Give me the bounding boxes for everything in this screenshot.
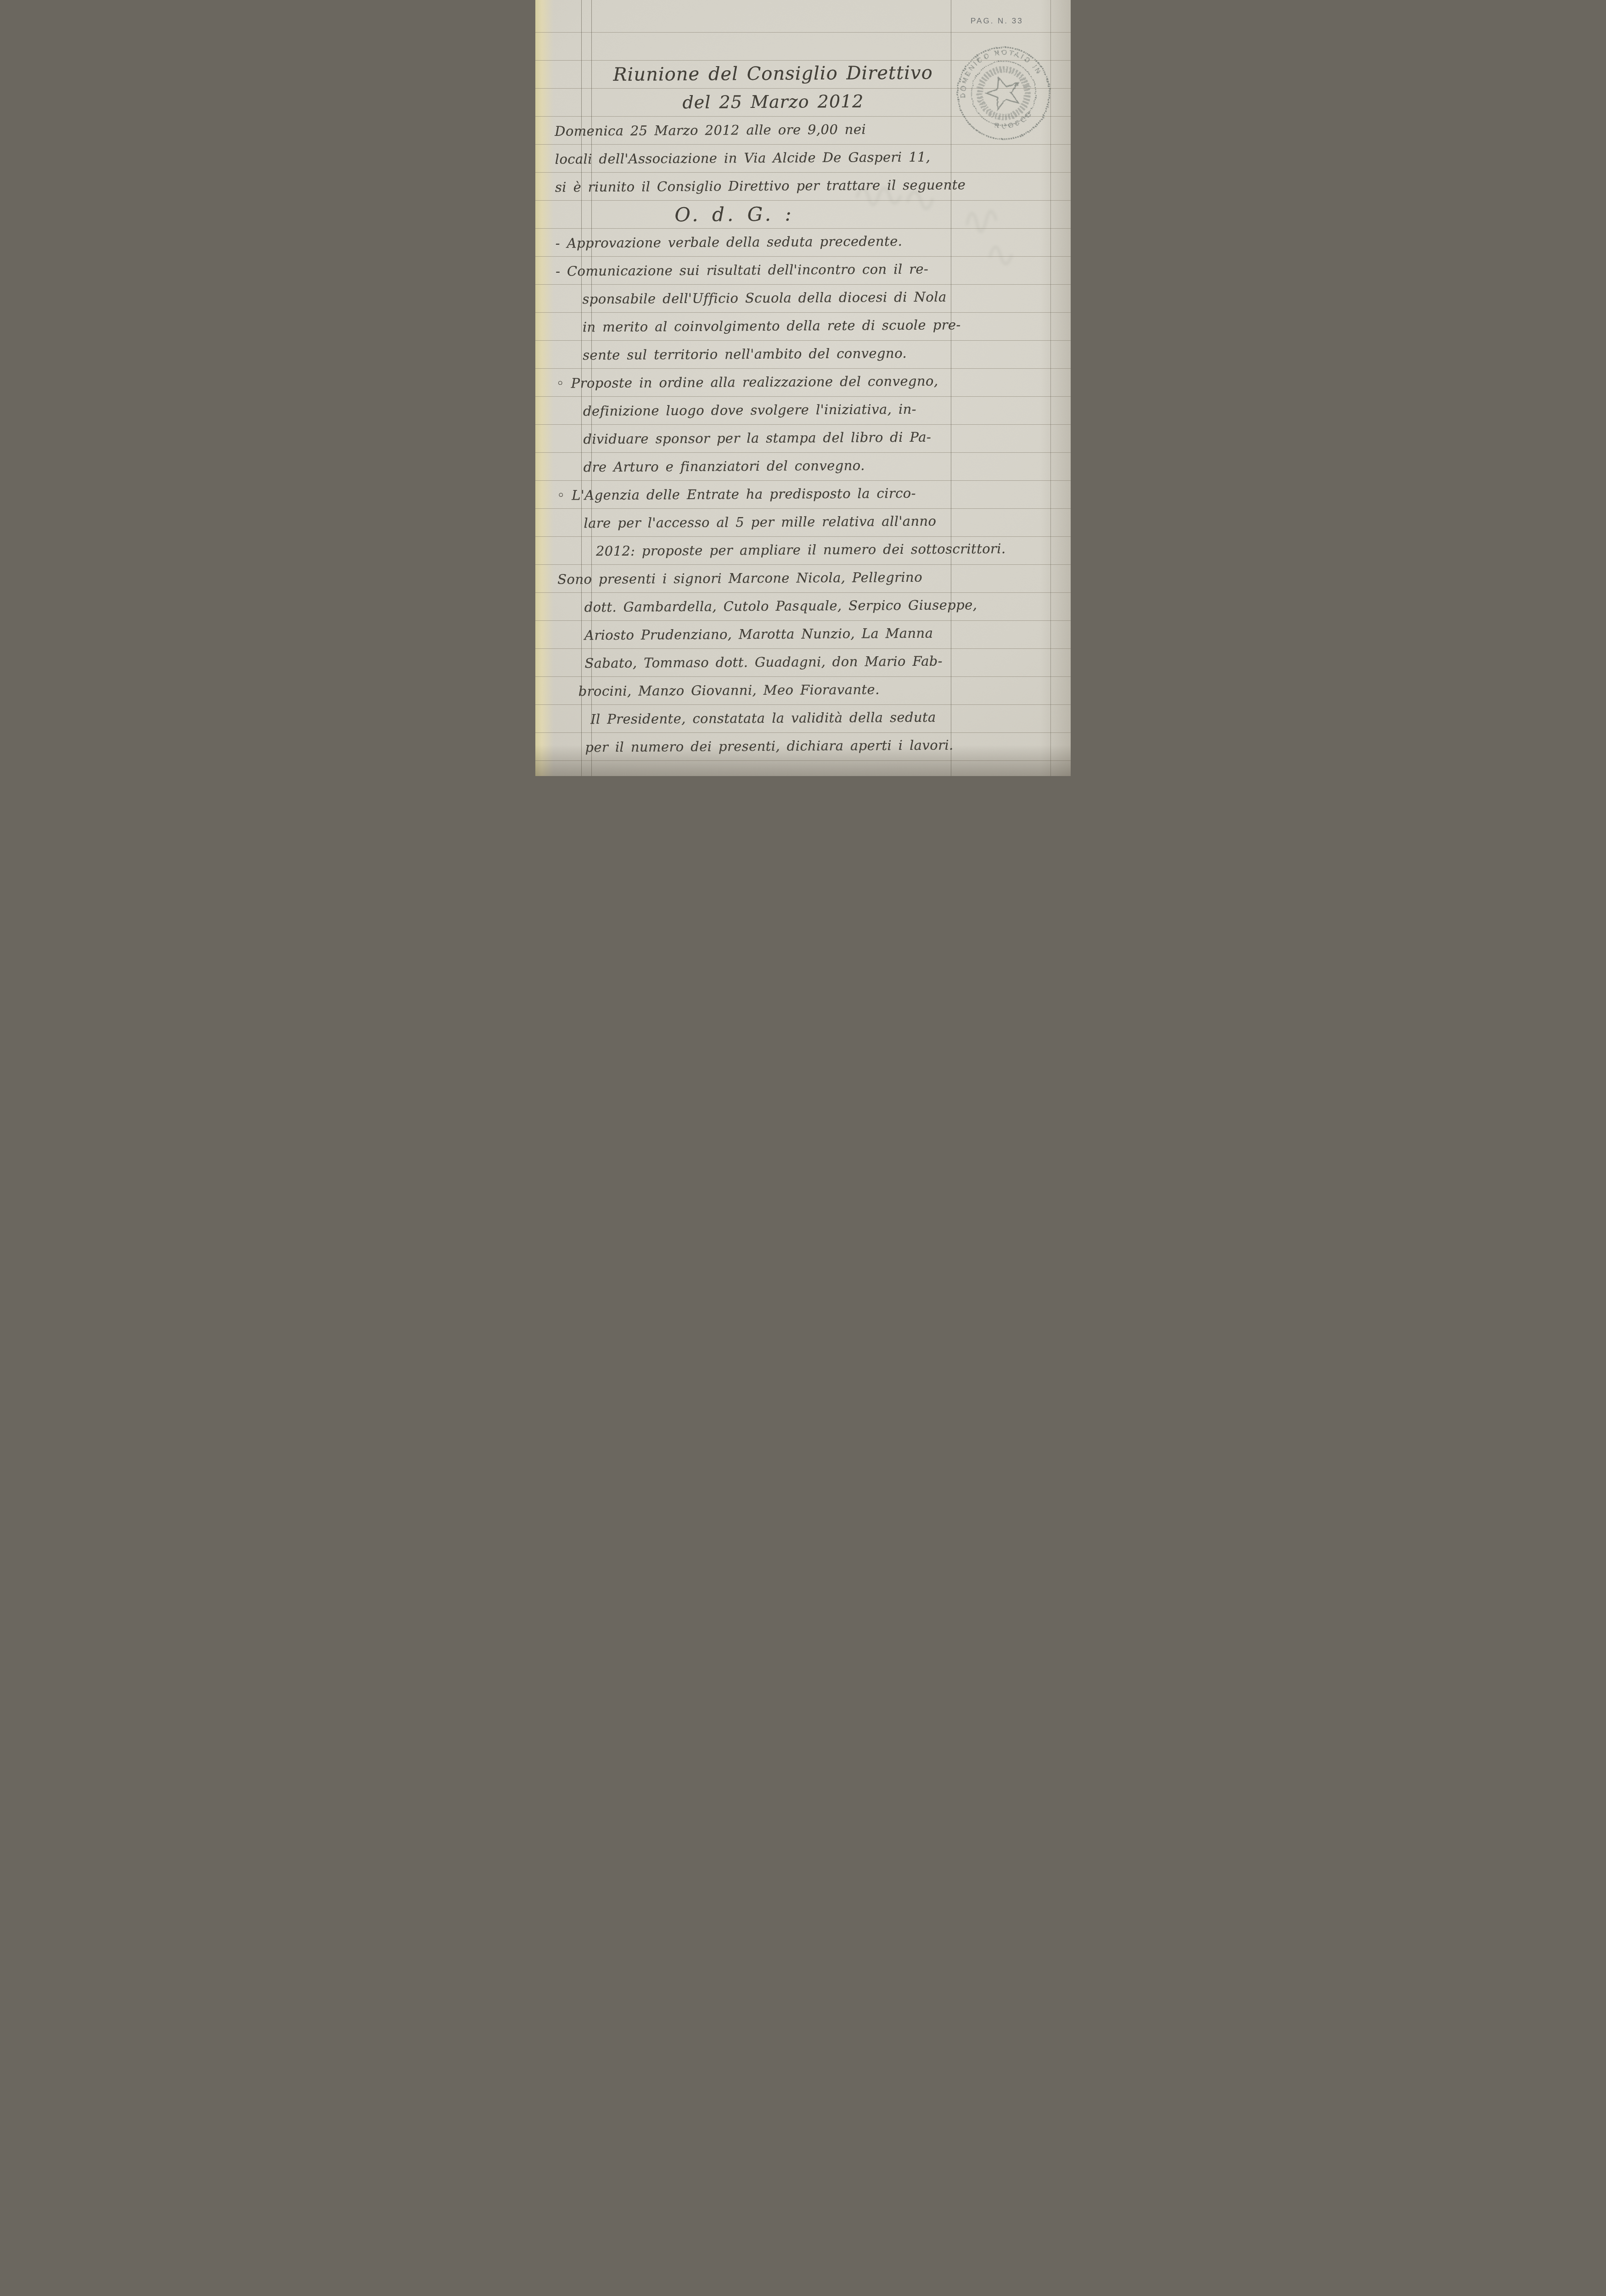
agenda-item-3-line-3: dividuare sponsor per la stampa del libr…	[556, 423, 951, 453]
agenda-item-2-line-1: - Comunicazione sui risultati dell'incon…	[556, 255, 950, 285]
agenda-heading: O. d. G. :	[537, 199, 932, 230]
title-line-2: del 25 Marzo 2012	[576, 87, 971, 117]
intro-line-2: locali dell'Associazione in Via Alcide D…	[555, 143, 949, 173]
agenda-item-4-line-1: ◦ L'Agenzia delle Entrate ha predisposto…	[557, 479, 952, 509]
attendees-line-1: Sono presenti i signori Marcone Nicola, …	[557, 563, 952, 593]
intro-line-1: Domenica 25 Marzo 2012 alle ore 9,00 nei	[555, 115, 949, 145]
agenda-item-2-line-2: sponsabile dell'Ufficio Scuola della dio…	[556, 283, 950, 313]
closing-line-2: per il numero dei presenti, dichiara ape…	[558, 731, 953, 761]
title-line-1: Riunione del Consiglio Direttivo	[575, 59, 970, 89]
notebook-page: PAG. N. 33 DOMENICO NOTAIO IN RUOCCO	[535, 0, 1071, 776]
page-number-label: PAG. N. 33	[971, 17, 1023, 26]
agenda-item-2-line-3: in merito al coinvolgimento della rete d…	[556, 311, 951, 341]
agenda-item-4-line-2: lare per l'accesso al 5 per mille relati…	[557, 507, 952, 537]
handwritten-text-block: Riunione del Consiglio Direttivo del 25 …	[554, 59, 953, 761]
agenda-item-3-line-1: ◦ Proposte in ordine alla realizzazione …	[556, 367, 951, 397]
closing-line-1: Il Presidente, constatata la validità de…	[558, 703, 953, 733]
agenda-item-3-line-2: definizione luogo dove svolgere l'inizia…	[556, 395, 951, 425]
attendees-line-4: Sabato, Tommaso dott. Guadagni, don Mari…	[558, 647, 953, 677]
intro-line-3: si è riunito il Consiglio Direttivo per …	[555, 171, 950, 201]
attendees-line-2: dott. Gambardella, Cutolo Pasquale, Serp…	[557, 591, 952, 621]
attendees-line-3: Ariosto Prudenziano, Marotta Nunzio, La …	[558, 619, 953, 649]
agenda-item-1-line-1: - Approvazione verbale della seduta prec…	[556, 227, 950, 257]
agenda-item-4-line-3: 2012: proposte per ampliare il numero de…	[557, 535, 952, 565]
agenda-item-3-line-4: dre Arturo e finanziatori del convegno.	[557, 451, 952, 481]
agenda-item-2-line-4: sente sul territorio nell'ambito del con…	[556, 339, 951, 369]
attendees-line-5: brocini, Manzo Giovanni, Meo Fioravante.	[558, 675, 953, 705]
